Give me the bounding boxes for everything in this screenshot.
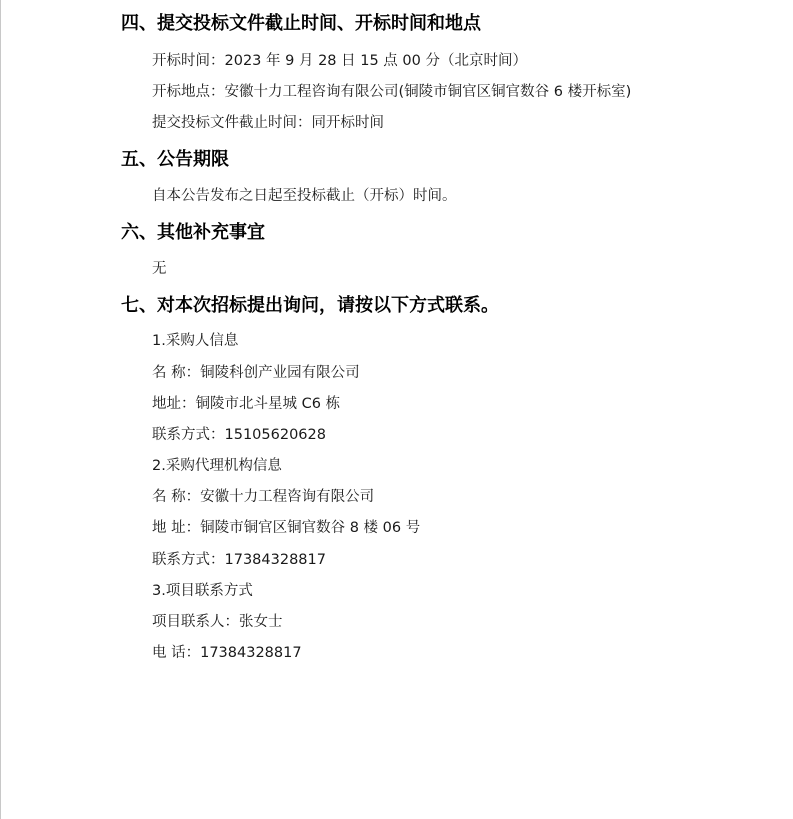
bid-opening-time: 开标时间：2023 年 9 月 28 日 15 点 00 分（北京时间） — [152, 52, 527, 70]
agency-info-title: 2.采购代理机构信息 — [152, 457, 282, 475]
agency-name: 名 称：安徽十力工程咨询有限公司 — [152, 488, 374, 506]
section-heading-5: 五、公告期限 — [121, 150, 229, 170]
page-left-border — [0, 0, 1, 819]
purchaser-info-title: 1.采购人信息 — [152, 332, 238, 350]
section-heading-6: 六、其他补充事宜 — [121, 223, 265, 243]
supplementary-text: 无 — [152, 260, 167, 278]
agency-address: 地 址：铜陵市铜官区铜官数谷 8 楼 06 号 — [152, 519, 420, 537]
project-contact-title: 3.项目联系方式 — [152, 582, 253, 600]
agency-contact: 联系方式：17384328817 — [152, 551, 326, 569]
project-contact-person: 项目联系人：张女士 — [152, 613, 283, 631]
purchaser-contact: 联系方式：15105620628 — [152, 426, 326, 444]
notice-period-text: 自本公告发布之日起至投标截止（开标）时间。 — [152, 187, 457, 205]
purchaser-address: 地址：铜陵市北斗星城 C6 栋 — [152, 395, 340, 413]
section-heading-7: 七、对本次招标提出询问，请按以下方式联系。 — [121, 296, 499, 316]
bid-opening-location: 开标地点：安徽十力工程咨询有限公司(铜陵市铜官区铜官数谷 6 楼开标室) — [152, 83, 631, 101]
purchaser-name: 名 称：铜陵科创产业园有限公司 — [152, 364, 360, 382]
project-contact-phone: 电 话：17384328817 — [152, 644, 302, 662]
section-heading-4: 四、提交投标文件截止时间、开标时间和地点 — [121, 14, 481, 34]
bid-submission-deadline: 提交投标文件截止时间：同开标时间 — [152, 114, 384, 132]
